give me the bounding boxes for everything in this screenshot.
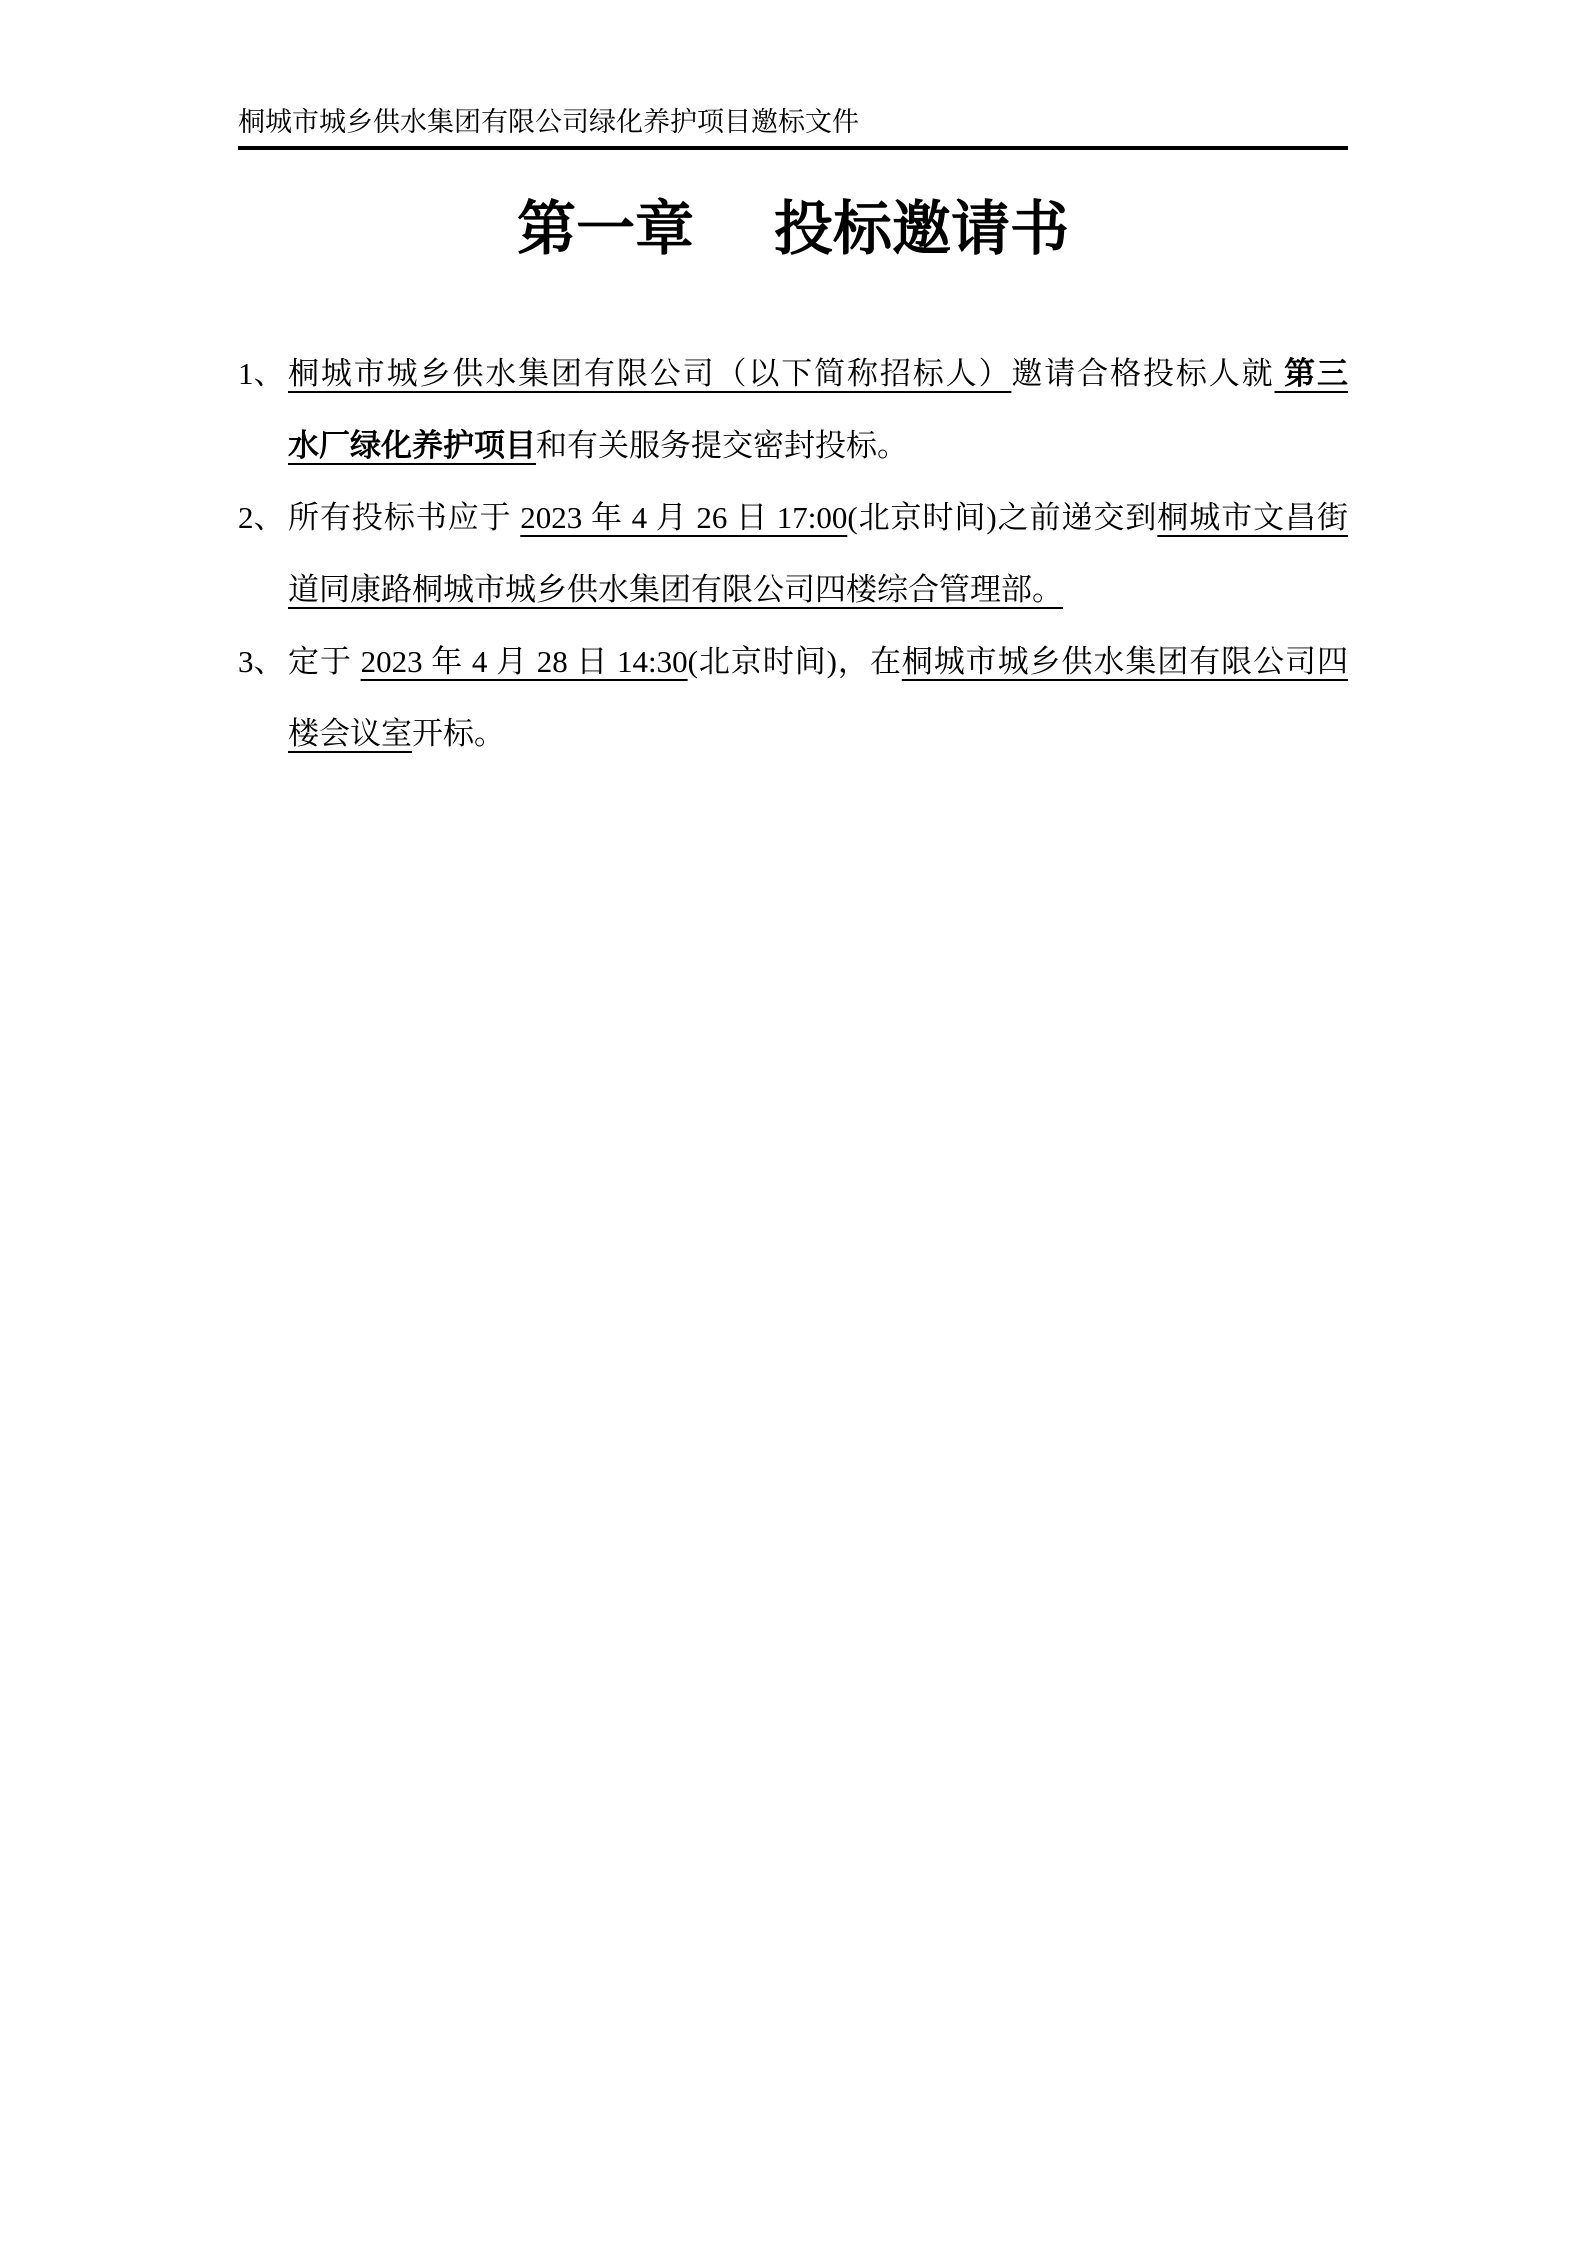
clause-number: 1、 bbox=[238, 338, 285, 410]
text-segment: 开标。 bbox=[412, 716, 505, 751]
text-segment: 所有投标书应于 bbox=[288, 500, 520, 535]
clause-line: 桐城市城乡供水集团有限公司（以下简称招标人）邀请合格投标人就 第三 bbox=[288, 338, 1348, 410]
text-segment: (北京时间)，在 bbox=[688, 644, 902, 679]
text-segment: 桐城市城乡供水集团有限公司（以下简称招标人） bbox=[288, 356, 1011, 391]
chapter-number: 第一章 bbox=[517, 196, 694, 262]
clause-item: 3、定于 2023 年 4 月 28 日 14:30(北京时间)，在桐城市城乡供… bbox=[238, 626, 1348, 770]
text-segment: 定于 bbox=[288, 644, 361, 679]
clause-line: 楼会议室开标。 bbox=[288, 698, 1348, 770]
clause-line: 水厂绿化养护项目和有关服务提交密封投标。 bbox=[288, 410, 1348, 482]
text-segment: 和有关服务提交密封投标。 bbox=[536, 428, 908, 463]
clause-list: 1、桐城市城乡供水集团有限公司（以下简称招标人）邀请合格投标人就 第三水厂绿化养… bbox=[238, 338, 1348, 770]
text-segment: (北京时间)之前递交到 bbox=[847, 500, 1157, 535]
clause-line: 定于 2023 年 4 月 28 日 14:30(北京时间)，在桐城市城乡供水集… bbox=[288, 626, 1348, 698]
text-segment: 邀请合格投标人就 bbox=[1011, 356, 1274, 391]
page-header: 桐城市城乡供水集团有限公司绿化养护项目邀标文件 bbox=[238, 107, 1348, 150]
text-segment: 2023 年 4 月 26 日 17:00 bbox=[520, 500, 847, 535]
text-segment: 桐城市文昌街 bbox=[1157, 500, 1348, 535]
clause-number: 3、 bbox=[238, 626, 285, 698]
text-segment: 第三 bbox=[1274, 356, 1348, 391]
chapter-title: 第一章投标邀请书 bbox=[238, 193, 1348, 265]
page-header-text: 桐城市城乡供水集团有限公司绿化养护项目邀标文件 bbox=[238, 107, 859, 137]
text-segment: 道同康路桐城市城乡供水集团有限公司四楼综合管理部。 bbox=[288, 572, 1063, 607]
clause-item: 1、桐城市城乡供水集团有限公司（以下简称招标人）邀请合格投标人就 第三水厂绿化养… bbox=[238, 338, 1348, 482]
chapter-name: 投标邀请书 bbox=[774, 196, 1069, 262]
clause-line: 所有投标书应于 2023 年 4 月 26 日 17:00(北京时间)之前递交到… bbox=[288, 482, 1348, 554]
clause-item: 2、所有投标书应于 2023 年 4 月 26 日 17:00(北京时间)之前递… bbox=[238, 482, 1348, 626]
text-segment: 楼会议室 bbox=[288, 716, 412, 751]
text-segment: 2023 年 4 月 28 日 14:30 bbox=[361, 644, 688, 679]
text-segment: 桐城市城乡供水集团有限公司四 bbox=[902, 644, 1348, 679]
clause-line: 道同康路桐城市城乡供水集团有限公司四楼综合管理部。 bbox=[288, 554, 1348, 626]
text-segment: 水厂绿化养护项目 bbox=[288, 428, 536, 463]
clause-number: 2、 bbox=[238, 482, 285, 554]
